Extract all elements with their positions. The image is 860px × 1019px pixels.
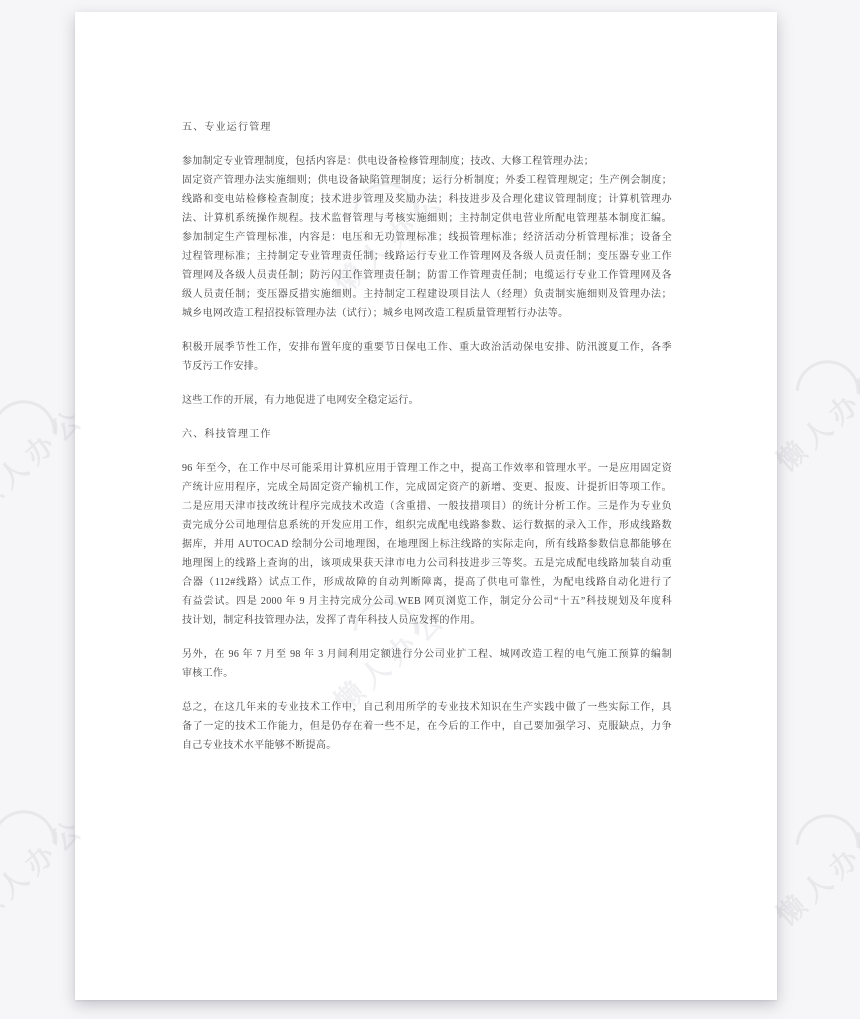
text-line: 管理网及各级人员责任制；防污闪工作管理责任制；防雷工作管理责任制；电缆运行专业工… [182,266,672,285]
text-line: 据库，并用 AUTOCAD 绘制分公司地理图，在地理图上标注线路的实际走向，所有… [182,535,672,554]
watermark-arc-icon [0,387,69,477]
text-line: 地理图上的线路上查询的出，该项成果获天津市电力公司科技进步三等奖。五是完成配电线… [182,554,672,573]
text-line: 审核工作。 [182,664,672,683]
text-line: 过程管理标准；主持制定专业管理责任制；线路运行专业工作管理网及各级人员责任制；变… [182,247,672,266]
text-line: 积极开展季节性工作，安排布置年度的重要节日保电工作、重大政治活动保电安排、防汛渡… [182,338,672,357]
text-line: 合器（112#线路）试点工作，形成故障的自动判断障离，提高了供电可靠性，为配电线… [182,573,672,592]
text-line: 固定资产管理办法实施细则；供电设备缺陷管理制度；运行分析制度；外委工程管理规定；… [182,171,672,190]
text-line: 自己专业技术水平能够不断提高。 [182,736,672,755]
section-6-heading: 六、科技管理工作 [182,425,672,444]
paragraph-summary: 总之，在这几年来的专业技术工作中，自己利用所学的专业技术知识在生产实践中做了一些… [182,698,672,755]
text-line: 线路和变电站检修检查制度；技术进步管理及奖励办法；科技进步及合理化建议管理制度；… [182,190,672,209]
watermark-arc-icon [0,797,69,887]
text-line: 另外，在 96 年 7 月至 98 年 3 月间利用定额进行分公司业扩工程、城网… [182,645,672,664]
paragraph-grid-safety: 这些工作的开展，有力地促进了电网安全稳定运行。 [182,391,672,410]
watermark: 懒人办公 [767,810,860,933]
text-line: 参加制定专业管理制度，包括内容是：供电设备检修管理制度；技改、大修工程管理办法； [182,152,672,171]
watermark-arc-icon [782,801,860,891]
page-background: 五、专业运行管理参加制定专业管理制度，包括内容是：供电设备检修管理制度；技改、大… [0,0,860,1019]
paragraph-technology-management: 96 年至今，在工作中尽可能采用计算机应用于管理工作之中，提高工作效率和管理水平… [182,459,672,630]
text-line: 技计划，制定科技管理办法，发挥了青年科技人员应发挥的作用。 [182,611,672,630]
watermark: 懒人办公 [767,356,860,479]
text-line: 产统计应用程序，完成全局固定资产输机工作，完成固定资产的新增、变更、报废、计提折… [182,478,672,497]
section-5-heading: 五、专业运行管理 [182,118,672,137]
text-line: 96 年至今，在工作中尽可能采用计算机应用于管理工作之中，提高工作效率和管理水平… [182,459,672,478]
text-line: 城乡电网改造工程招投标管理办法（试行）；城乡电网改造工程质量管理暂行办法等。 [182,304,672,323]
watermark-text: 懒人办公 [771,361,860,478]
text-line: 有益尝试。四是 2000 年 9 月主持完成分公司 WEB 网页浏览工作，制定分… [182,592,672,611]
watermark-text: 懒人办公 [771,815,860,932]
text-line: 二是应用天津市技改统计程序完成技术改造（含重措、一般技措项目）的统计分析工作。三… [182,497,672,516]
watermark-arc-icon [782,347,860,437]
text-line: 级人员责任制；变压器反措实施细则。主持制定工程建设项目法人（经理）负责制实施细则… [182,285,672,304]
text-line: 责完成分公司地理信息系统的开发应用工作，组织完成配电线路参数、运行数据的录入工作… [182,516,672,535]
text-line: 参加制定生产管理标准，内容是：电压和无功管理标准；线损管理标准；经济活动分析管理… [182,228,672,247]
text-line: 五、专业运行管理 [182,118,672,137]
paragraph-seasonal-work: 积极开展季节性工作，安排布置年度的重要节日保电工作、重大政治活动保电安排、防汛渡… [182,338,672,376]
document-page: 五、专业运行管理参加制定专业管理制度，包括内容是：供电设备检修管理制度；技改、大… [75,12,777,1000]
text-line: 节反污工作安排。 [182,357,672,376]
text-line: 法、计算机系统操作规程。技术监督管理与考核实施细则；主持制定供电营业所配电管理基… [182,209,672,228]
text-line: 六、科技管理工作 [182,425,672,444]
text-line: 总之，在这几年来的专业技术工作中，自己利用所学的专业技术知识在生产实践中做了一些… [182,698,672,717]
document-content: 五、专业运行管理参加制定专业管理制度，包括内容是：供电设备检修管理制度；技改、大… [182,118,672,755]
paragraph-budget-audit: 另外，在 96 年 7 月至 98 年 3 月间利用定额进行分公司业扩工程、城网… [182,645,672,683]
paragraph-management-systems: 参加制定专业管理制度，包括内容是：供电设备检修管理制度；技改、大修工程管理办法；… [182,152,672,323]
text-line: 备了一定的技术工作能力，但是仍存在着一些不足，在今后的工作中，自己要加强学习、克… [182,717,672,736]
text-line: 这些工作的开展，有力地促进了电网安全稳定运行。 [182,391,672,410]
